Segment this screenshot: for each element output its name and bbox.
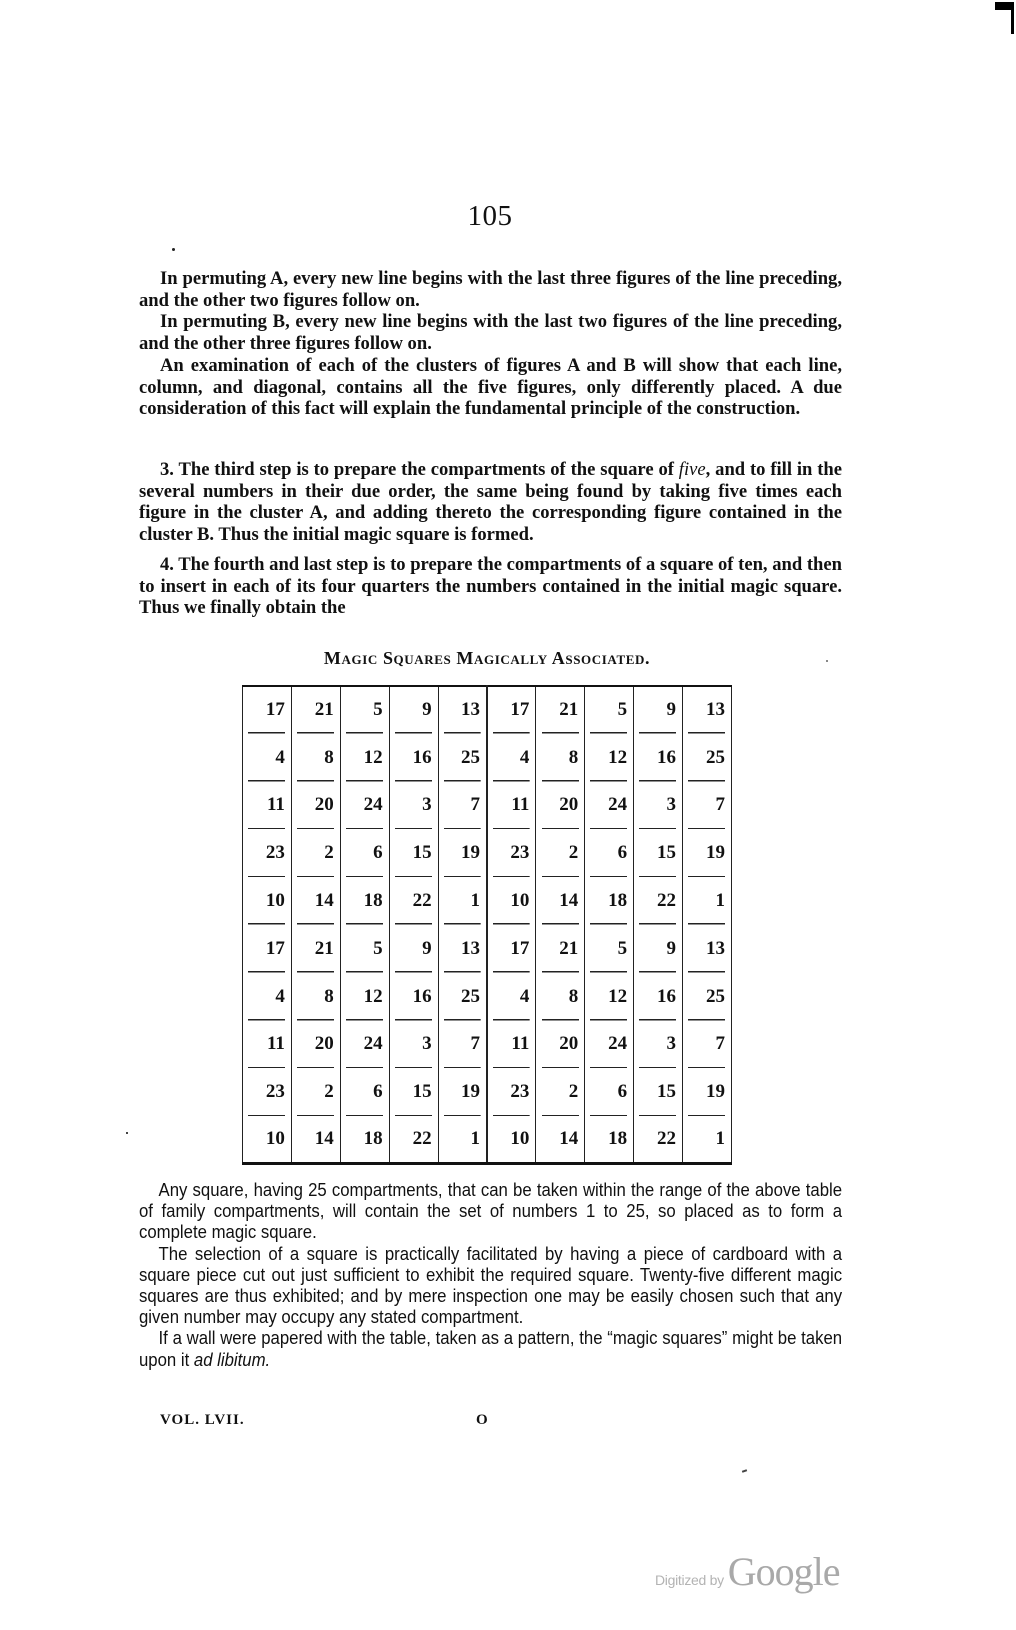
scan-speck: [742, 1469, 747, 1473]
table-cell: 22: [389, 1116, 438, 1164]
table-cell: 6: [340, 829, 389, 877]
table-cell: 12: [340, 734, 389, 782]
table-cell: 2: [291, 1068, 340, 1116]
table-cell: 24: [340, 782, 389, 830]
table-cell: 10: [243, 877, 292, 925]
table-cell: 16: [389, 734, 438, 782]
table-cell: 12: [585, 734, 634, 782]
paragraph-step-3: 3. The third step is to prepare the comp…: [139, 459, 842, 546]
digitized-by-google-watermark: Digitized by Google: [655, 1548, 840, 1595]
table-cell: 4: [487, 973, 536, 1021]
table-row: 4812162548121625: [243, 973, 732, 1021]
table-cell: 23: [487, 829, 536, 877]
table-cell: 11: [487, 1021, 536, 1069]
table-row: 1120243711202437: [243, 782, 732, 830]
table-cell: 21: [536, 686, 585, 734]
table-row: 2326151923261519: [243, 1068, 732, 1116]
table-cell: 8: [536, 973, 585, 1021]
table-cell: 21: [291, 925, 340, 973]
table-cell: 7: [683, 782, 732, 830]
table-cell: 1: [438, 877, 487, 925]
table-cell: 14: [536, 877, 585, 925]
table-cell: 6: [585, 1068, 634, 1116]
intro-paragraphs: In permuting A, every new line begins wi…: [139, 268, 842, 420]
step3-text-a: 3. The third step is to prepare the comp…: [160, 459, 679, 480]
wall-italic: ad libitum.: [194, 1350, 270, 1370]
table-cell: 19: [683, 1068, 732, 1116]
table-cell: 17: [243, 925, 292, 973]
magic-squares-table: 1721591317215913481216254812162511202437…: [242, 685, 732, 1165]
table-cell: 24: [340, 1021, 389, 1069]
footer-volume: VOL. LVII.: [160, 1412, 245, 1429]
table-row: 1120243711202437: [243, 1021, 732, 1069]
paragraph-any-square: Any square, having 25 compartments, that…: [139, 1180, 842, 1244]
table-cell: 18: [340, 1116, 389, 1164]
table-cell: 12: [340, 973, 389, 1021]
scan-speck: [172, 248, 175, 251]
table-cell: 9: [634, 686, 683, 734]
table-cell: 17: [487, 686, 536, 734]
table-cell: 4: [243, 973, 292, 1021]
table-cell: 8: [291, 973, 340, 1021]
table-cell: 1: [683, 1116, 732, 1164]
table-cell: 14: [536, 1116, 585, 1164]
table-cell: 2: [536, 829, 585, 877]
table-row: 1721591317215913: [243, 925, 732, 973]
table-cell: 13: [683, 925, 732, 973]
table-cell: 25: [683, 973, 732, 1021]
table-cell: 2: [291, 829, 340, 877]
watermark-prefix: Digitized by: [655, 1572, 724, 1588]
table-cell: 5: [340, 686, 389, 734]
table-row: 101418221101418221: [243, 1116, 732, 1164]
google-logo-text: Google: [728, 1549, 840, 1594]
scan-speck: [126, 1132, 128, 1134]
paragraph-wall: If a wall were papered with the table, t…: [139, 1328, 842, 1370]
table-cell: 9: [634, 925, 683, 973]
table-cell: 11: [487, 782, 536, 830]
table-cell: 3: [634, 782, 683, 830]
table-cell: 21: [291, 686, 340, 734]
table-cell: 24: [585, 1021, 634, 1069]
page-number: 105: [0, 200, 980, 233]
paragraph-permuting-a: In permuting A, every new line begins wi…: [139, 268, 842, 311]
table-cell: 25: [438, 734, 487, 782]
table-cell: 16: [389, 973, 438, 1021]
table-title: Magic Squares Magically Associated.: [242, 648, 732, 669]
table-cell: 20: [536, 782, 585, 830]
table-cell: 6: [340, 1068, 389, 1116]
table-cell: 9: [389, 925, 438, 973]
table-cell: 25: [438, 973, 487, 1021]
table-cell: 5: [585, 925, 634, 973]
table-cell: 7: [438, 782, 487, 830]
table-cell: 10: [243, 1116, 292, 1164]
table-cell: 17: [243, 686, 292, 734]
table-cell: 19: [438, 1068, 487, 1116]
table-row: 2326151923261519: [243, 829, 732, 877]
table-cell: 7: [438, 1021, 487, 1069]
table-cell: 23: [243, 829, 292, 877]
table-cell: 15: [389, 1068, 438, 1116]
table-cell: 5: [585, 686, 634, 734]
table-cell: 13: [438, 925, 487, 973]
table-cell: 25: [683, 734, 732, 782]
table-cell: 14: [291, 1116, 340, 1164]
footer-signature-mark: O: [476, 1412, 488, 1429]
table-cell: 16: [634, 734, 683, 782]
table-cell: 11: [243, 782, 292, 830]
table-cell: 15: [634, 829, 683, 877]
paragraph-permuting-b: In permuting B, every new line begins wi…: [139, 311, 842, 354]
step3-italic-five: five: [679, 459, 706, 480]
closing-paragraphs: Any square, having 25 compartments, that…: [139, 1180, 842, 1371]
table-cell: 3: [389, 782, 438, 830]
table-cell: 23: [243, 1068, 292, 1116]
table-cell: 13: [683, 686, 732, 734]
table-cell: 19: [438, 829, 487, 877]
table-cell: 19: [683, 829, 732, 877]
table-row: 101418221101418221: [243, 877, 732, 925]
paragraph-selection: The selection of a square is practically…: [139, 1244, 842, 1329]
table-cell: 18: [585, 877, 634, 925]
table-cell: 1: [683, 877, 732, 925]
table-cell: 20: [291, 1021, 340, 1069]
table-cell: 23: [487, 1068, 536, 1116]
table-cell: 4: [243, 734, 292, 782]
table-cell: 15: [634, 1068, 683, 1116]
table-cell: 18: [585, 1116, 634, 1164]
table-row: 1721591317215913: [243, 686, 732, 734]
table-cell: 13: [438, 686, 487, 734]
paragraph-step-4: 4. The fourth and last step is to prepar…: [139, 554, 842, 619]
table-cell: 15: [389, 829, 438, 877]
table-cell: 17: [487, 925, 536, 973]
table-cell: 14: [291, 877, 340, 925]
table-cell: 22: [389, 877, 438, 925]
table-cell: 11: [243, 1021, 292, 1069]
table-row: 4812162548121625: [243, 734, 732, 782]
table-cell: 9: [389, 686, 438, 734]
table-cell: 8: [536, 734, 585, 782]
scan-speck: [826, 660, 828, 662]
table-cell: 4: [487, 734, 536, 782]
table-cell: 22: [634, 1116, 683, 1164]
table-cell: 10: [487, 877, 536, 925]
scan-corner-mark-stem: [1011, 2, 1014, 34]
table-cell: 21: [536, 925, 585, 973]
construction-steps: 3. The third step is to prepare the comp…: [139, 459, 842, 619]
table-cell: 10: [487, 1116, 536, 1164]
table-cell: 2: [536, 1068, 585, 1116]
table-cell: 3: [634, 1021, 683, 1069]
table-cell: 7: [683, 1021, 732, 1069]
table-cell: 20: [291, 782, 340, 830]
table-cell: 5: [340, 925, 389, 973]
table-cell: 16: [634, 973, 683, 1021]
paragraph-examination: An examination of each of the clusters o…: [139, 355, 842, 420]
table-cell: 12: [585, 973, 634, 1021]
table-cell: 3: [389, 1021, 438, 1069]
table-cell: 6: [585, 829, 634, 877]
table-cell: 18: [340, 877, 389, 925]
table-cell: 8: [291, 734, 340, 782]
table-cell: 1: [438, 1116, 487, 1164]
table-cell: 24: [585, 782, 634, 830]
table-cell: 22: [634, 877, 683, 925]
table-cell: 20: [536, 1021, 585, 1069]
